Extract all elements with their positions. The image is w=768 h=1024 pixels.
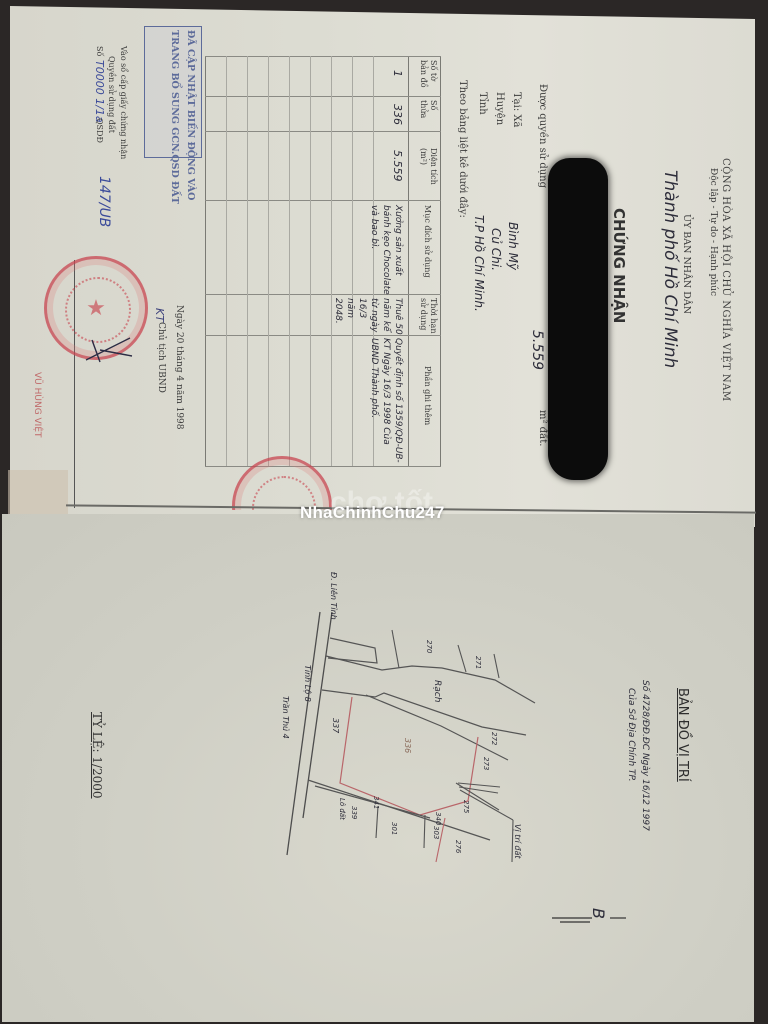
parcel-271: 271	[474, 656, 482, 669]
parcel-301: 301	[390, 822, 398, 835]
parcel-341: 341	[372, 796, 380, 809]
road-label-3: Trần Thủ 4	[281, 696, 290, 739]
parcel-337: 337	[331, 718, 340, 733]
road-label-1: Đ. Liên Tỉnh	[329, 572, 338, 620]
parcel-276: 276	[454, 840, 462, 853]
parcel-270: 270	[425, 640, 433, 653]
parcel-273: 273	[482, 757, 490, 770]
parcel-lot-label: Lô đất	[338, 798, 346, 820]
parcel-275: 275	[462, 800, 470, 813]
photo-background: CỘNG HÒA XÃ HỘI CHỦ NGHĨA VIỆT NAM Độc l…	[0, 0, 768, 1024]
parcel-303: 303	[432, 826, 440, 839]
watermark: NhaChinhChu247	[300, 503, 444, 523]
road-label-2: Tỉnh Lộ 8	[303, 665, 312, 702]
parcel-340: 340	[434, 812, 442, 825]
position-label: Vị trí đất	[513, 824, 522, 859]
canal-label: Rạch	[432, 680, 442, 702]
parcel-272: 272	[490, 732, 498, 745]
parcel-336: 336	[403, 738, 412, 753]
parcel-339: 339	[350, 806, 358, 819]
north-arrow-icon: B	[589, 908, 608, 919]
